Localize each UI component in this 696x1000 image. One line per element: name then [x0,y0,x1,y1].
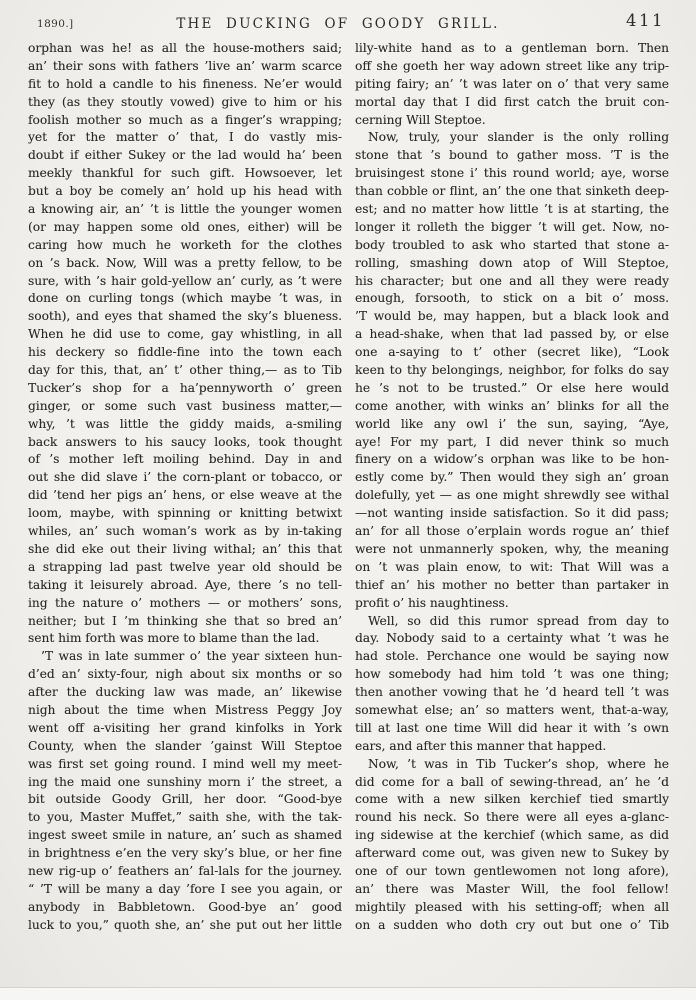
text-line: how somebody had him told ’t was one thi… [355,666,669,684]
text-line: longer it rolleth the bigger ’t will get… [355,219,669,237]
text-line: afterward come out, was given new to Suk… [355,845,669,863]
text-line: on a sudden who doth cry out but one o’ … [355,917,669,935]
text-line: she did eke out their living withal; an’… [28,541,342,559]
text-line: orphan was he! as all the house-mothers … [28,40,342,58]
running-title: THE DUCKING OF GOODY GRILL. [0,16,676,32]
text-line: dolefully, yet — as one might shrewdly s… [355,487,669,505]
text-line: off she goeth her way adown street like … [355,58,669,76]
text-line: bit outside Goody Grill, her door. “Good… [28,791,342,809]
text-line: on ’t was plain enow, to wit: That Will … [355,559,669,577]
text-line: mightily pleased with his setting-off; w… [355,899,669,917]
text-line: luck to you,” quoth she, an’ she put out… [28,917,342,935]
text-line: anybody in Babbletown. Good-bye an’ good [28,899,342,917]
text-line: ing the maid one sunshiny morn i’ the st… [28,774,342,792]
paragraph: Now, truly, your slander is the only rol… [355,129,669,612]
text-line: sent him forth was more to blame than th… [28,630,342,648]
text-line: aye! For my part, I did never think so m… [355,434,669,452]
text-line: Well, so did this rumor spread from day … [355,613,669,631]
text-line: loom, maybe, with spinning or knitting b… [28,505,342,523]
paragraph: ’T was in late summer o’ the year sixtee… [28,648,342,934]
text-line: rolling, smashing down atop of Will Step… [355,255,669,273]
text-line: new rig-up o’ feathers an’ fal-lals for … [28,863,342,881]
text-line: body troubled to ask who started that st… [355,237,669,255]
text-line: estly come by.” Then would they sigh an’… [355,469,669,487]
text-line: est; and no matter how little ’t is at s… [355,201,669,219]
text-line: come with a new silken kerchief tied sma… [355,791,669,809]
text-line: meekly thankful for such gift. Howsoever… [28,165,342,183]
text-line: piting fairy; an’ ’t was later on o’ tha… [355,76,669,94]
text-line: to you, Master Muffet,” saith she, with … [28,809,342,827]
text-line: bruisingest stone i’ this round world; a… [355,165,669,183]
text-line: profit o’ his naughtiness. [355,595,669,613]
page-number: 411 [626,11,665,30]
text-line: he ’s not to be trusted.” Or else here w… [355,380,669,398]
text-line: fit to hold a candle to his fineness. Ne… [28,76,342,94]
text-line: day for this, that, an’ t’ other thing,—… [28,362,342,380]
text-line: on ’s back. Now, Will was a pretty fello… [28,255,342,273]
text-line: doubt if either Sukey or the lad would h… [28,147,342,165]
text-line: ing the nature o’ mothers — or mothers’ … [28,595,342,613]
text-line: taking it leisurely abroad. Aye, there ’… [28,577,342,595]
text-line: an’ for all those o’erplain words rogue … [355,523,669,541]
paragraph: lily-white hand as to a gentleman born. … [355,40,669,129]
text-line: why, ’t was little the giddy maids, a-sm… [28,416,342,434]
page-header: 1890.] THE DUCKING OF GOODY GRILL. 411 [0,0,696,38]
text-line: When he did use to come, gay whistling, … [28,326,342,344]
paragraph: orphan was he! as all the house-mothers … [28,40,342,648]
text-column-right: lily-white hand as to a gentleman born. … [355,40,669,935]
text-line: sooth), and eyes that shamed the sky’s b… [28,308,342,326]
text-line: his character; but one and all they were… [355,273,669,291]
text-line: enough, forsooth, to stick on a bit o’ m… [355,290,669,308]
text-line: Now, truly, your slander is the only rol… [355,129,669,147]
text-line: in brightness e’en the very sky’s blue, … [28,845,342,863]
paragraph: Now, ’t was in Tib Tucker’s shop, where … [355,756,669,935]
text-line: neither; but I ’m thinking she that so b… [28,613,342,631]
text-line: whiles, an’ such woman’s work as by in-t… [28,523,342,541]
text-line: mortal day that I did first catch the br… [355,94,669,112]
text-line: a strapping lad past twelve year old sho… [28,559,342,577]
text-line: till at last one time Will did hear it w… [355,720,669,738]
text-line: somewhat else; an’ so matters went, that… [355,702,669,720]
text-line: sure, with ’s hair gold-yellow an’ curly… [28,273,342,291]
text-line: was first set going round. I mind well m… [28,756,342,774]
text-line: an’ their sons with fathers ’live an’ wa… [28,58,342,76]
text-line: one of our town gentlewomen not long afo… [355,863,669,881]
text-line: —not wanting inside satisfaction. So it … [355,505,669,523]
text-line: “ ’T will be many a day ’fore I see you … [28,881,342,899]
text-line: Now, ’t was in Tib Tucker’s shop, where … [355,756,669,774]
paragraph: Well, so did this rumor spread from day … [355,613,669,756]
text-line: ing sidewise at the kerchief (which same… [355,827,669,845]
text-line: after the ducking law was made, an’ like… [28,684,342,702]
text-line: Tucker’s shop for a ha’pennyworth o’ gre… [28,380,342,398]
text-line: did ’tend her pigs an’ hens, or else wea… [28,487,342,505]
text-line: one a-saying to t’ other (secret like), … [355,344,669,362]
text-line: yet for the matter o’ that, I do vastly … [28,129,342,147]
book-page: 1890.] THE DUCKING OF GOODY GRILL. 411 o… [0,0,696,1000]
text-line: back answers to his saucy looks, took th… [28,434,342,452]
text-line: they (as they stoutly vowed) give to him… [28,94,342,112]
text-line: ears, and after this manner that happed. [355,738,669,756]
text-line: out she did slave i’ the corn-plant or t… [28,469,342,487]
text-line: an’ there was Master Will, the fool fell… [355,881,669,899]
text-line: d’ed an’ sixty-four, nigh about six mont… [28,666,342,684]
text-line: thief an’ his mother no better than part… [355,577,669,595]
text-line: caring how much he worketh for the cloth… [28,237,342,255]
text-line: foolish mother so much as a finger’s wra… [28,112,342,130]
text-line: keen to thy belongings, neighbor, for fo… [355,362,669,380]
text-line: world like any owl i’ the sun, saying, “… [355,416,669,434]
text-line: lily-white hand as to a gentleman born. … [355,40,669,58]
text-line: but a boy be comely an’ hold up his head… [28,183,342,201]
text-line: of ’s mother left moiling behind. Day in… [28,451,342,469]
text-line: stone that ’s bound to gather moss. ’T i… [355,147,669,165]
text-line: then another vowing that he ’d heard tel… [355,684,669,702]
text-line: a knowing air, an’ ’t is little the youn… [28,201,342,219]
text-line: were not unmannerly spoken, why, the mea… [355,541,669,559]
text-line: had stole. Perchance one would be saying… [355,648,669,666]
text-line: than cobble or flint, an’ the one that s… [355,183,669,201]
text-line: his deckery so fiddle-fine into the town… [28,344,342,362]
text-line: finery on a widow’s orphan was like to b… [355,451,669,469]
text-line: round his neck. So there were all eyes a… [355,809,669,827]
text-line: a head-shake, when that lad passed by, o… [355,326,669,344]
page-bottom-edge [0,987,696,1000]
text-line: come another, with winks an’ blinks for … [355,398,669,416]
text-line: (or may happen some old ones, either) wi… [28,219,342,237]
text-columns: orphan was he! as all the house-mothers … [28,40,669,935]
text-line: did come for a ball of sewing-thread, an… [355,774,669,792]
text-line: ’T was in late summer o’ the year sixtee… [28,648,342,666]
text-line: ingest sweet smile in nature, an’ such a… [28,827,342,845]
text-line: cerning Will Steptoe. [355,112,669,130]
text-line: went off a-visiting her grand kinfolks i… [28,720,342,738]
text-line: County, when the slander ’gainst Will St… [28,738,342,756]
text-line: ginger, or some such vast business matte… [28,398,342,416]
text-line: nigh about the time when Mistress Peggy … [28,702,342,720]
text-column-left: orphan was he! as all the house-mothers … [28,40,342,935]
text-line: ’T would be, may happen, but a black loo… [355,308,669,326]
text-line: day. Nobody said to a certainty what ’t … [355,630,669,648]
text-line: done on curling tongs (which maybe ’t wa… [28,290,342,308]
